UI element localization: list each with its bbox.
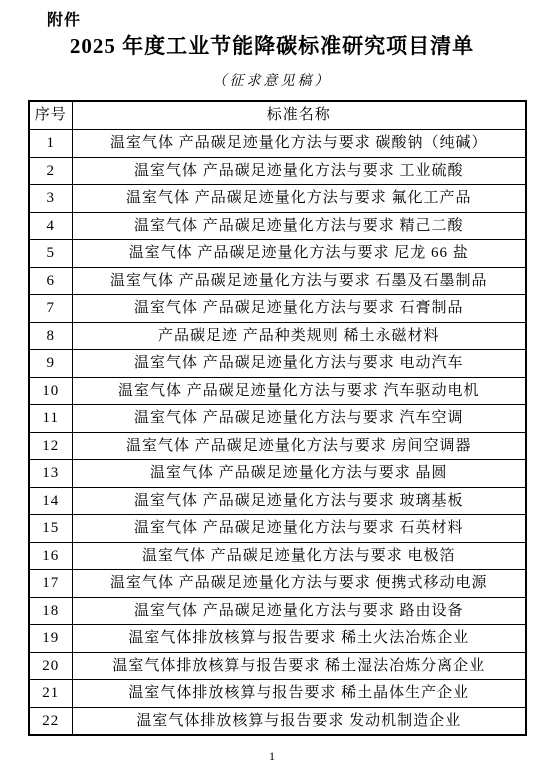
table-header-row: 序号 标准名称 [29, 101, 526, 130]
row-index: 10 [29, 377, 72, 405]
table-row: 13 温室气体 产品碳足迹量化方法与要求 晶圆 [29, 460, 526, 488]
header-cell-index: 序号 [29, 101, 72, 130]
row-index: 4 [29, 212, 72, 240]
row-index: 15 [29, 515, 72, 543]
row-index: 11 [29, 405, 72, 433]
table-row: 6 温室气体 产品碳足迹量化方法与要求 石墨及石墨制品 [29, 267, 526, 295]
row-standard-name: 温室气体排放核算与报告要求 稀土晶体生产企业 [72, 680, 526, 708]
attachment-label: 附件 [47, 7, 81, 30]
row-index: 12 [29, 432, 72, 460]
table-body: 序号 标准名称 1 温室气体 产品碳足迹量化方法与要求 碳酸钠（纯碱） 2 温室… [29, 101, 526, 735]
row-index: 1 [29, 130, 72, 158]
table-row: 17 温室气体 产品碳足迹量化方法与要求 便携式移动电源 [29, 570, 526, 598]
row-index: 6 [29, 267, 72, 295]
row-standard-name: 温室气体 产品碳足迹量化方法与要求 电动汽车 [72, 350, 526, 378]
row-standard-name: 温室气体 产品碳足迹量化方法与要求 便携式移动电源 [72, 570, 526, 598]
row-index: 7 [29, 295, 72, 323]
table-row: 18 温室气体 产品碳足迹量化方法与要求 路由设备 [29, 597, 526, 625]
page-number: 1 [0, 749, 544, 764]
page-subtitle: （征求意见稿） [0, 70, 544, 90]
row-standard-name: 温室气体排放核算与报告要求 稀土湿法冶炼分离企业 [72, 652, 526, 680]
row-index: 19 [29, 625, 72, 653]
row-standard-name: 温室气体排放核算与报告要求 稀土火法冶炼企业 [72, 625, 526, 653]
row-standard-name: 温室气体 产品碳足迹量化方法与要求 工业硫酸 [72, 157, 526, 185]
row-standard-name: 温室气体 产品碳足迹量化方法与要求 尼龙 66 盐 [72, 240, 526, 268]
table-row: 20 温室气体排放核算与报告要求 稀土湿法冶炼分离企业 [29, 652, 526, 680]
row-index: 18 [29, 597, 72, 625]
table-row: 15 温室气体 产品碳足迹量化方法与要求 石英材料 [29, 515, 526, 543]
table-row: 14 温室气体 产品碳足迹量化方法与要求 玻璃基板 [29, 487, 526, 515]
row-index: 2 [29, 157, 72, 185]
row-index: 14 [29, 487, 72, 515]
row-index: 9 [29, 350, 72, 378]
row-standard-name: 温室气体 产品碳足迹量化方法与要求 汽车空调 [72, 405, 526, 433]
table-row: 19 温室气体排放核算与报告要求 稀土火法冶炼企业 [29, 625, 526, 653]
row-standard-name: 温室气体 产品碳足迹量化方法与要求 玻璃基板 [72, 487, 526, 515]
table-row: 3 温室气体 产品碳足迹量化方法与要求 氟化工产品 [29, 185, 526, 213]
row-index: 21 [29, 680, 72, 708]
row-standard-name: 温室气体 产品碳足迹量化方法与要求 路由设备 [72, 597, 526, 625]
row-standard-name: 温室气体 产品碳足迹量化方法与要求 石膏制品 [72, 295, 526, 323]
row-standard-name: 温室气体 产品碳足迹量化方法与要求 碳酸钠（纯碱） [72, 130, 526, 158]
table-row: 9 温室气体 产品碳足迹量化方法与要求 电动汽车 [29, 350, 526, 378]
row-index: 20 [29, 652, 72, 680]
table-row: 11 温室气体 产品碳足迹量化方法与要求 汽车空调 [29, 405, 526, 433]
row-standard-name: 温室气体排放核算与报告要求 发动机制造企业 [72, 707, 526, 735]
row-standard-name: 温室气体 产品碳足迹量化方法与要求 石墨及石墨制品 [72, 267, 526, 295]
row-index: 5 [29, 240, 72, 268]
row-index: 17 [29, 570, 72, 598]
row-standard-name: 温室气体 产品碳足迹量化方法与要求 石英材料 [72, 515, 526, 543]
row-index: 3 [29, 185, 72, 213]
row-index: 16 [29, 542, 72, 570]
row-index: 13 [29, 460, 72, 488]
row-index: 8 [29, 322, 72, 350]
row-standard-name: 温室气体 产品碳足迹量化方法与要求 汽车驱动电机 [72, 377, 526, 405]
table-row: 7 温室气体 产品碳足迹量化方法与要求 石膏制品 [29, 295, 526, 323]
table-row: 22 温室气体排放核算与报告要求 发动机制造企业 [29, 707, 526, 735]
table-row: 12 温室气体 产品碳足迹量化方法与要求 房间空调器 [29, 432, 526, 460]
table-row: 21 温室气体排放核算与报告要求 稀土晶体生产企业 [29, 680, 526, 708]
header-cell-standard-name: 标准名称 [72, 101, 526, 130]
row-index: 22 [29, 707, 72, 735]
document-page: 附件 2025 年度工业节能降碳标准研究项目清单 （征求意见稿） 序号 标准名称… [0, 0, 544, 782]
standards-table: 序号 标准名称 1 温室气体 产品碳足迹量化方法与要求 碳酸钠（纯碱） 2 温室… [28, 100, 527, 736]
row-standard-name: 温室气体 产品碳足迹量化方法与要求 精己二酸 [72, 212, 526, 240]
row-standard-name: 产品碳足迹 产品种类规则 稀土永磁材料 [72, 322, 526, 350]
table-row: 2 温室气体 产品碳足迹量化方法与要求 工业硫酸 [29, 157, 526, 185]
row-standard-name: 温室气体 产品碳足迹量化方法与要求 房间空调器 [72, 432, 526, 460]
page-title: 2025 年度工业节能降碳标准研究项目清单 [0, 30, 544, 60]
table-row: 16 温室气体 产品碳足迹量化方法与要求 电极箔 [29, 542, 526, 570]
table-row: 4 温室气体 产品碳足迹量化方法与要求 精己二酸 [29, 212, 526, 240]
table-row: 5 温室气体 产品碳足迹量化方法与要求 尼龙 66 盐 [29, 240, 526, 268]
row-standard-name: 温室气体 产品碳足迹量化方法与要求 晶圆 [72, 460, 526, 488]
row-standard-name: 温室气体 产品碳足迹量化方法与要求 氟化工产品 [72, 185, 526, 213]
table-row: 10 温室气体 产品碳足迹量化方法与要求 汽车驱动电机 [29, 377, 526, 405]
table-row: 1 温室气体 产品碳足迹量化方法与要求 碳酸钠（纯碱） [29, 130, 526, 158]
row-standard-name: 温室气体 产品碳足迹量化方法与要求 电极箔 [72, 542, 526, 570]
table-row: 8 产品碳足迹 产品种类规则 稀土永磁材料 [29, 322, 526, 350]
